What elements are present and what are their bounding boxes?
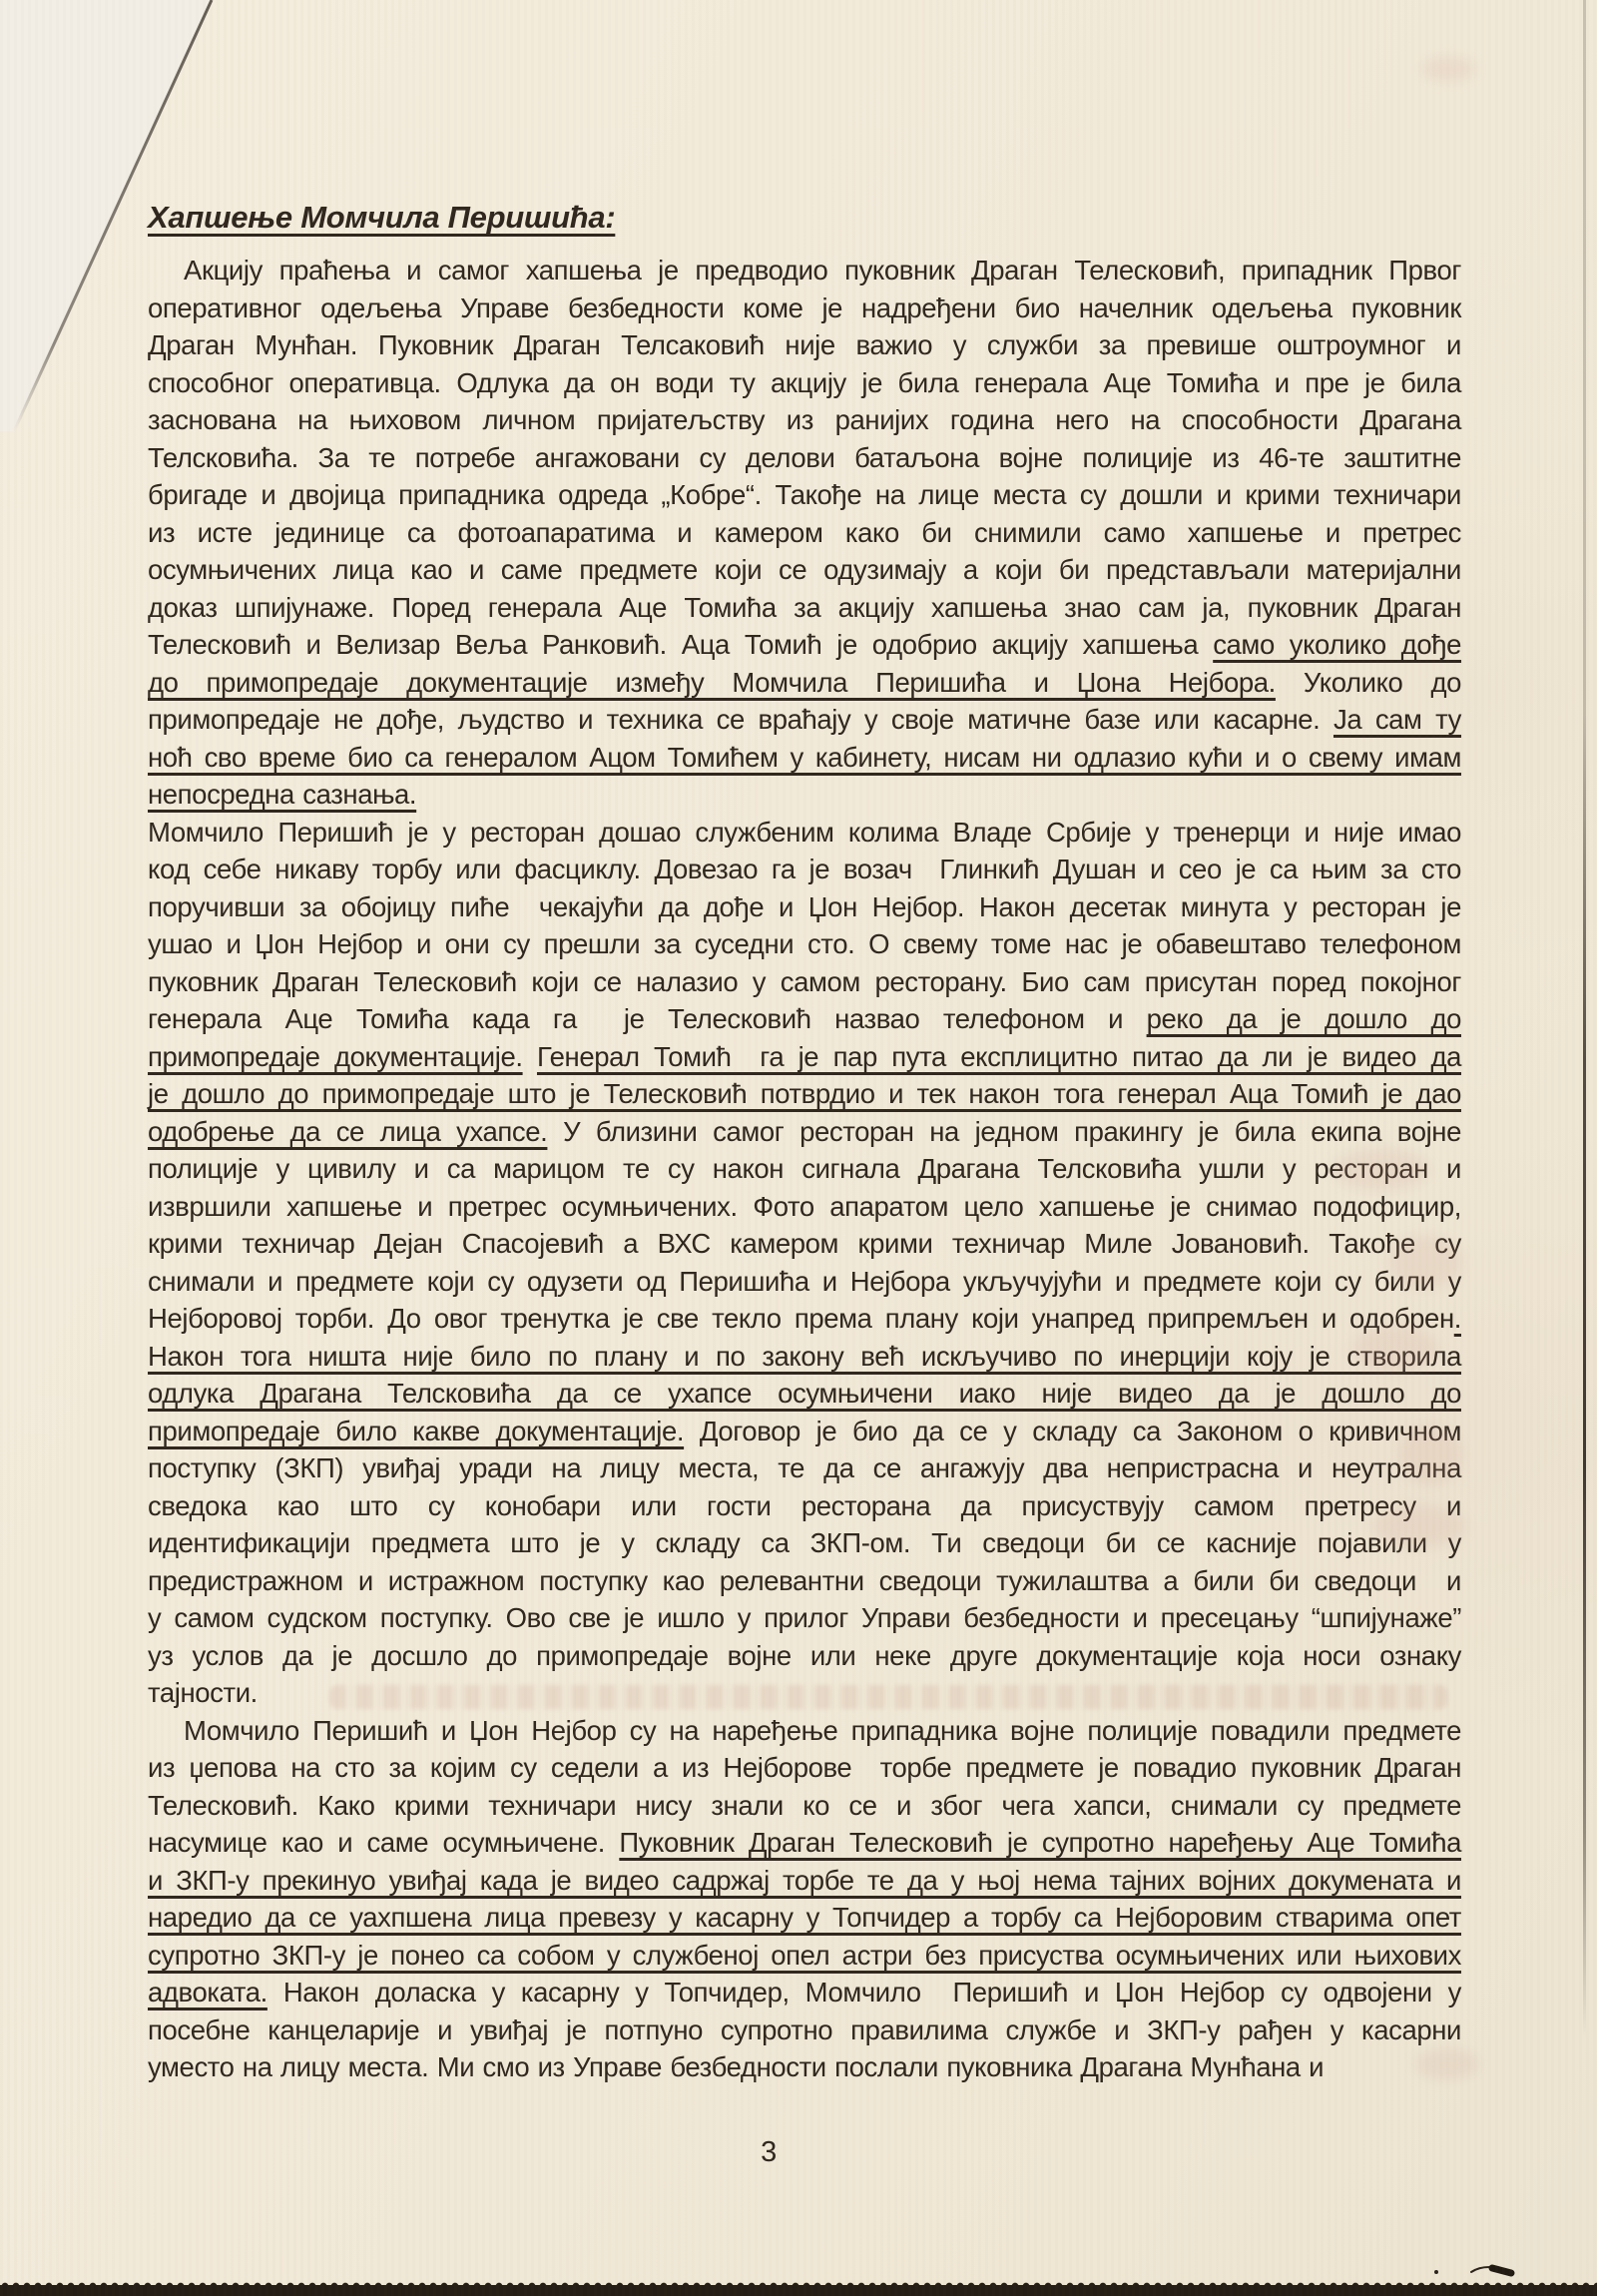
text-segment: оперативног одељења Управе безбедности к…	[148, 292, 1461, 323]
underlined-text: Генерал Томић га је пар пута експлицитно…	[537, 1041, 1461, 1072]
text-segment: поручивши за обојицу пиће чекајући да до…	[148, 891, 1461, 922]
text-segment: поступку (ЗКП) увиђај уради на лицу мест…	[148, 1452, 1461, 1483]
underlined-text: непосредна сазнања.	[148, 779, 416, 810]
text-line: насумице као и саме осумњичене. Пуковник…	[148, 1824, 1461, 1862]
text-segment: осумњичених лица као и саме предмете кој…	[148, 554, 1461, 585]
text-line: примопредаје не дође, људство и техника …	[148, 701, 1461, 739]
text-segment: из џепова на сто за којим су седели а из…	[148, 1752, 1461, 1783]
text-line: крими техничар Дејан Спасојевић а ВХС ка…	[148, 1225, 1461, 1263]
underlined-text: ноћ сво време био са генералом Ацом Томи…	[148, 742, 1461, 773]
text-segment: посебне канцеларије и увиђај је потпуно …	[148, 2014, 1461, 2045]
text-segment: Телесковић и Велизар Веља Ранковић. Аца …	[148, 629, 1213, 660]
text-segment: доказ шпијунаже. Поред генерала Аце Томи…	[148, 592, 1461, 623]
text-line: заснована на њиховом личном пријатељству…	[148, 401, 1461, 439]
text-line: генерала Аце Томића када га је Телескови…	[148, 1000, 1461, 1038]
text-segment: предистражном и истражном поступку као р…	[148, 1565, 1461, 1596]
text-segment: Договор је био да се у складу са Законом…	[684, 1416, 1461, 1446]
text-segment: уместо на лицу места. Ми смо из Управе б…	[148, 2051, 1324, 2082]
text-segment: Уколико до	[1276, 667, 1461, 698]
underlined-text: адвоката.	[148, 1977, 267, 2008]
text-line: Нејборовој торби. До овог тренутка је св…	[148, 1300, 1461, 1338]
text-segment: крими техничар Дејан Спасојевић а ВХС ка…	[148, 1228, 1461, 1259]
text-line: тајности.	[148, 1674, 1461, 1712]
text-segment: Након доласка у касарну у Топчидер, Момч…	[267, 1977, 1461, 2008]
text-segment: способног оперативца. Одлука да он води …	[148, 367, 1461, 398]
underlined-text: само уколико дође	[1213, 629, 1461, 660]
text-segment: снимали и предмете који су одузети од Пе…	[148, 1266, 1461, 1297]
text-line: у самом судском поступку. Ово све је ишл…	[148, 1599, 1461, 1637]
text-line: уместо на лицу места. Ми смо из Управе б…	[148, 2048, 1461, 2086]
text-line: Телесковић. Како крими техничари нису зн…	[148, 1787, 1461, 1825]
bleed-blob	[1421, 56, 1475, 82]
text-segment: уз услов да је досшло до примопредаје во…	[148, 1640, 1461, 1671]
text-segment: ушао и Џон Нејбор и они су прешли за сус…	[148, 928, 1461, 959]
text-line: и ЗКП-у прекинуо увиђај када је видео са…	[148, 1862, 1461, 1900]
underlined-text: одобрење да се лица ухапсе.	[148, 1116, 547, 1147]
text-segment: сведока као што су конобари или гости ре…	[148, 1490, 1461, 1521]
document-title: Хапшење Момчила Перишића:	[148, 200, 1465, 236]
text-line: идентификацији предмета што је у складу …	[148, 1524, 1461, 1562]
text-line: ушао и Џон Нејбор и они су прешли за сус…	[148, 925, 1461, 963]
text-line: уз услов да је досшло до примопредаје во…	[148, 1637, 1461, 1675]
text-segment: примопредаје не дође, људство и техника …	[148, 704, 1333, 735]
underlined-text: примопредаје било какве документације.	[148, 1416, 684, 1446]
underlined-text: Пуковник Драган Телесковић је супротно н…	[619, 1827, 1461, 1858]
underlined-text: до примопредаје документације између Мом…	[148, 667, 1276, 698]
text-line: Момчило Перишић је у ресторан дошао служ…	[148, 814, 1461, 852]
text-line: примопредаје било какве документације. Д…	[148, 1413, 1461, 1450]
text-line: из исте јединице са фотоапаратима и каме…	[148, 514, 1461, 552]
text-line: бригаде и двојица припадника одреда „Коб…	[148, 476, 1461, 514]
text-line: доказ шпијунаже. Поред генерала Аце Томи…	[148, 589, 1461, 627]
underlined-text: .	[1454, 1303, 1461, 1334]
text-line: супротно ЗКП-у је понео са собом у служб…	[148, 1937, 1461, 1975]
text-line: поступку (ЗКП) увиђај уради на лицу мест…	[148, 1449, 1461, 1487]
text-line: способног оперативца. Одлука да он води …	[148, 364, 1461, 402]
underlined-text: је дошло до примопредаје што је Телесков…	[148, 1078, 1461, 1109]
underlined-text: реко да је дошло до	[1147, 1003, 1461, 1034]
text-segment: Нејборовој торби. До овог тренутка је св…	[148, 1303, 1454, 1334]
text-segment: Драган Мунћан. Пуковник Драган Телсакови…	[148, 329, 1461, 360]
document-body: Акцију праћења и самог хапшења је предво…	[148, 252, 1461, 2086]
text-segment: из исте јединице са фотоапаратима и каме…	[148, 517, 1461, 548]
text-line: снимали и предмете који су одузети од Пе…	[148, 1263, 1461, 1301]
text-segment: полиције у цивилу и са марицом те су нак…	[148, 1153, 1461, 1184]
text-line: Телесковић и Велизар Веља Ранковић. Аца …	[148, 626, 1461, 664]
text-segment: заснована на њиховом личном пријатељству…	[148, 404, 1461, 435]
text-segment: идентификацији предмета што је у складу …	[148, 1527, 1461, 1558]
scan-edge-right	[1583, 0, 1586, 2036]
text-line: из џепова на сто за којим су седели а из…	[148, 1749, 1461, 1787]
text-line: оперативног одељења Управе безбедности к…	[148, 289, 1461, 327]
text-segment: пуковник Драган Телесковић који се налаз…	[148, 966, 1461, 997]
underlined-text: Након тога ништа није било по плану и по…	[148, 1341, 1461, 1372]
text-line: Акцију праћења и самог хапшења је предво…	[148, 252, 1461, 289]
text-segment: у самом судском поступку. Ово све је ишл…	[148, 1602, 1461, 1633]
text-line: предистражном и истражном поступку као р…	[148, 1562, 1461, 1600]
text-line: до примопредаје документације између Мом…	[148, 664, 1461, 702]
text-line: код себе никаву торбу или фасциклу. Дове…	[148, 851, 1461, 888]
text-segment: У близини самог ресторан на једном праки…	[547, 1116, 1461, 1147]
page-number: 3	[699, 2136, 838, 2169]
text-line: наредио да се уахпшена лица превезу у ка…	[148, 1899, 1461, 1937]
ink-dot	[1434, 2270, 1438, 2274]
text-segment	[523, 1041, 537, 1072]
text-line: осумњичених лица као и саме предмете кој…	[148, 551, 1461, 589]
underlined-text: примопредаје документације.	[148, 1041, 523, 1072]
text-segment: Телесковић. Како крими техничари нису зн…	[148, 1790, 1461, 1821]
text-segment: генерала Аце Томића када га је Телескови…	[148, 1003, 1147, 1034]
text-line: ноћ сво време био са генералом Ацом Томи…	[148, 739, 1461, 777]
scan-edge-bottom	[0, 2285, 1597, 2296]
text-line: одлука Драгана Телсковића да се ухапсе о…	[148, 1375, 1461, 1413]
underlined-text: Ја сам ту	[1333, 704, 1461, 735]
text-segment: Акцију праћења и самог хапшења је предво…	[184, 255, 1461, 286]
text-line: Драган Мунћан. Пуковник Драган Телсакови…	[148, 326, 1461, 364]
text-segment: Момчило Перишић и Џон Нејбор су на наређ…	[184, 1715, 1461, 1746]
text-line: је дошло до примопредаје што је Телесков…	[148, 1075, 1461, 1113]
text-segment: извршили хапшење и претрес осумњичених. …	[148, 1191, 1461, 1222]
text-segment: бригаде и двојица припадника одреда „Коб…	[148, 479, 1461, 510]
text-line: поручивши за обојицу пиће чекајући да до…	[148, 888, 1461, 926]
text-segment: код себе никаву торбу или фасциклу. Дове…	[148, 854, 1461, 884]
text-line: полиције у цивилу и са марицом те су нак…	[148, 1150, 1461, 1188]
text-line: примопредаје документације. Генерал Томи…	[148, 1038, 1461, 1076]
text-line: пуковник Драган Телесковић који се налаз…	[148, 963, 1461, 1001]
text-line: посебне канцеларије и увиђај је потпуно …	[148, 2011, 1461, 2049]
underlined-text: одлука Драгана Телсковића да се ухапсе о…	[148, 1378, 1461, 1409]
text-line: Телсковића. За те потребе ангажовани су …	[148, 439, 1461, 477]
text-line: сведока као што су конобари или гости ре…	[148, 1487, 1461, 1525]
text-line: одобрење да се лица ухапсе. У близини са…	[148, 1113, 1461, 1151]
underlined-text: супротно ЗКП-у је понео са собом у служб…	[148, 1940, 1461, 1971]
text-line: непосредна сазнања.	[148, 776, 1461, 814]
underlined-text: и ЗКП-у прекинуо увиђај када је видео са…	[148, 1865, 1461, 1896]
text-line: адвоката. Након доласка у касарну у Топч…	[148, 1974, 1461, 2011]
text-line: Након тога ништа није било по плану и по…	[148, 1338, 1461, 1376]
text-line: извршили хапшење и претрес осумњичених. …	[148, 1188, 1461, 1226]
text-line: Момчило Перишић и Џон Нејбор су на наређ…	[148, 1712, 1461, 1750]
underlined-text: наредио да се уахпшена лица превезу у ка…	[148, 1902, 1461, 1933]
text-segment: насумице као и саме осумњичене.	[148, 1827, 619, 1858]
text-segment: тајности.	[148, 1677, 258, 1708]
text-segment: Момчило Перишић је у ресторан дошао служ…	[148, 817, 1461, 848]
document-page: Хапшење Момчила Перишића: Акцију праћења…	[0, 0, 1597, 2296]
text-segment: Телсковића. За те потребе ангажовани су …	[148, 442, 1461, 473]
pen-mark	[1465, 2252, 1525, 2284]
